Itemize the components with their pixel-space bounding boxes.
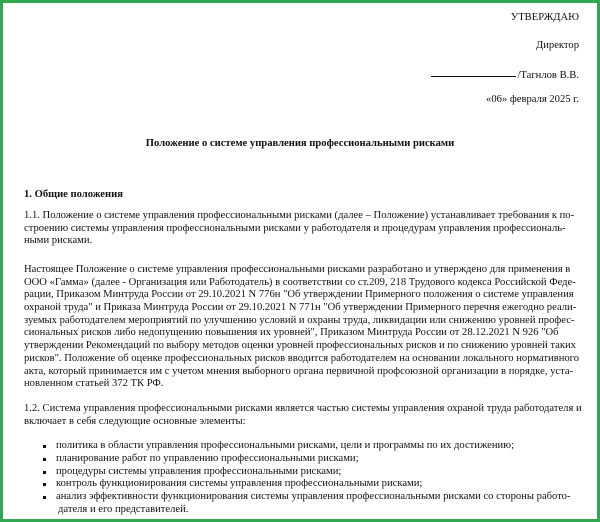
text-line: новленном статьей 372 ТК РФ.	[24, 378, 584, 391]
bullet-icon	[43, 483, 46, 486]
approval-date: «06» февраля 2025 г.	[486, 94, 579, 105]
list-item: процедуры системы управления профессиона…	[24, 466, 571, 479]
approval-stamp: УТВЕРЖДАЮ	[511, 12, 579, 23]
text-line: ными рисками.	[24, 235, 584, 248]
list-item-text: политика в области управления профессион…	[56, 440, 514, 451]
text-line: включает в себя следующие основные элеме…	[24, 416, 584, 429]
signatory-name: /Тагнлов В.В.	[517, 70, 579, 81]
text-line: ООО «Гамма» (далее - Организация или Раб…	[24, 277, 584, 290]
section-heading: 1. Общие положения	[24, 189, 123, 200]
signature-blank	[431, 67, 516, 77]
list-item-text: процедуры системы управления профессиона…	[56, 466, 341, 477]
paragraph-legal-basis: Настоящее Положение о системе управления…	[24, 264, 584, 391]
elements-list: политика в области управления профессион…	[24, 440, 571, 517]
text-line: охраной труда" и Приказа Минтруда России…	[24, 302, 584, 315]
list-item-text: планирование работ по управлению професс…	[56, 453, 359, 464]
list-item: политика в области управления профессион…	[24, 440, 571, 453]
paragraph-1-2: 1.2. Система управления профессиональным…	[24, 403, 584, 428]
list-item: анализ эффективности функционирования си…	[24, 491, 571, 517]
text-line: рисков". Положение об оценке профессиона…	[24, 353, 584, 366]
bullet-icon	[43, 471, 46, 474]
document-title: Положение о системе управления профессио…	[0, 138, 600, 149]
document-page: УТВЕРЖДАЮ Директор /Тагнлов В.В. «06» фе…	[0, 0, 600, 522]
list-item-text: контроль функционирования системы управл…	[56, 478, 422, 489]
text-line: сиональных рисков либо недопущению повыш…	[24, 327, 584, 340]
text-line: зуемых работодателем мероприятий по улуч…	[24, 315, 584, 328]
bullet-icon	[43, 496, 46, 499]
text-line: утверждении Рекомендаций по выбору метод…	[24, 340, 584, 353]
list-item: планирование работ по управлению професс…	[24, 453, 571, 466]
paragraph-1-1: 1.1. Положение о системе управления проф…	[24, 210, 584, 248]
text-line: строению системы управления профессионал…	[24, 223, 584, 236]
signature-line: /Тагнлов В.В.	[431, 67, 579, 81]
approver-position: Директор	[536, 40, 579, 51]
bullet-icon	[43, 458, 46, 461]
text-line: 1.2. Система управления профессиональным…	[24, 403, 584, 416]
list-item-text: анализ эффективности функционирования си…	[56, 491, 571, 502]
text-line: акта, который принимается им с учетом мн…	[24, 366, 584, 379]
text-line: 1.1. Положение о системе управления проф…	[24, 210, 584, 223]
text-line: рации, Приказом Минтруда России от 29.10…	[24, 289, 584, 302]
text-line: Настоящее Положение о системе управления…	[24, 264, 584, 277]
bullet-icon	[43, 445, 46, 448]
list-item-text-continued: дателя и его представителей.	[56, 504, 571, 517]
list-item: контроль функционирования системы управл…	[24, 478, 571, 491]
